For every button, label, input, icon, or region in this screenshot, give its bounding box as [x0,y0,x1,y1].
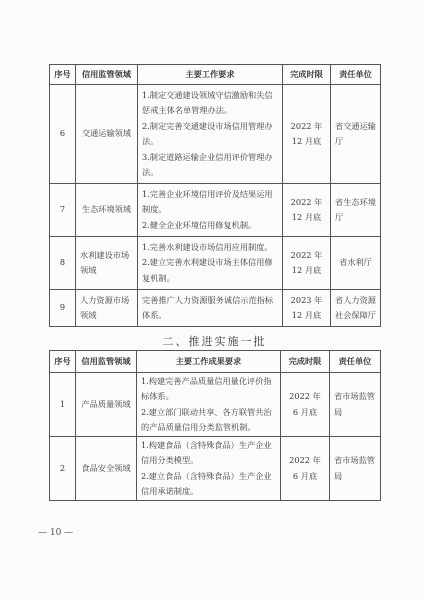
header-unit: 责任单位 [330,351,381,373]
deadline-month: 6 月底 [285,405,325,421]
row-requirements: 1.完善水利建设市场信用应用制度。 2.建立完善水利建设市场主体信用修复机制。 [138,237,283,290]
deadline-year: 2022 年 [285,389,325,405]
requirement-item: 2.建立部门联动共享、各方联管共治的产品质量信用分类监管机制。 [141,405,276,436]
requirement-item: 1.构建食品（含特殊食品）生产企业信用分类模型。 [141,438,276,469]
table-implement-batch: 序号 信用监管领域 主要工作成果要求 完成时限 责任单位 1 产品质量领域 1.… [49,350,381,501]
page-number: — 10 — [38,528,73,538]
row-no: 1 [50,373,76,437]
deadline-month: 12 月底 [287,263,326,279]
row-requirements: 1.构建完善产品质量信用量化评价指标体系。 2.建立部门联动共享、各方联管共治的… [137,373,281,437]
row-requirements: 1.构建食品（含特殊食品）生产企业信用分类模型。 2.建立食品（含特殊食品）生产… [137,437,281,501]
row-no: 9 [50,290,76,327]
row-field: 水利建设市场领域 [76,237,138,290]
row-unit: 省市场监管局 [330,373,381,437]
header-requirements: 主要工作要求 [138,65,283,85]
table-header-row: 序号 信用监管领域 主要工作成果要求 完成时限 责任单位 [50,351,381,373]
row-field: 产品质量领域 [76,373,137,437]
row-no: 6 [50,85,76,184]
row-requirements: 1.完善企业环境信用评价及结果运用制度。 2.健全企业环境信用修复机制。 [138,184,283,237]
row-no: 7 [50,184,76,237]
row-deadline: 2022 年 12 月底 [283,184,331,237]
header-unit: 责任单位 [331,65,381,85]
row-unit: 省生态环境厅 [331,184,381,237]
requirement-item: 1.完善企业环境信用评价及结果运用制度。 [142,187,278,218]
table-header-row: 序号 信用监管领域 主要工作要求 完成时限 责任单位 [50,65,381,85]
row-no: 2 [50,437,76,501]
table-row: 9 人力资源市场领域 完善推广人力资源服务诚信示范指标体系。 2023 年 12… [50,290,381,327]
header-deadline: 完成时限 [281,351,330,373]
row-field: 食品安全领域 [76,437,137,501]
row-unit: 省水利厅 [331,237,381,290]
deadline-month: 12 月底 [287,308,326,324]
deadline-year: 2022 年 [287,119,326,135]
requirement-item: 完善推广人力资源服务诚信示范指标体系。 [142,293,278,324]
table-key-tasks-continued: 序号 信用监管领域 主要工作要求 完成时限 责任单位 6 交通运输领域 1.制定… [49,64,381,327]
table-row: 2 食品安全领域 1.构建食品（含特殊食品）生产企业信用分类模型。 2.建立食品… [50,437,381,501]
header-no: 序号 [50,351,76,373]
header-requirements: 主要工作成果要求 [137,351,281,373]
requirement-item: 2.健全企业环境信用修复机制。 [142,218,278,234]
requirement-item: 1.制定交通建设领域守信激励和失信惩戒主体名单管理办法。 [142,88,278,119]
row-deadline: 2022 年 12 月底 [283,85,331,184]
requirement-item: 1.完善水利建设市场信用应用制度。 [142,240,278,256]
deadline-month: 12 月底 [287,210,326,226]
requirement-item: 1.构建完善产品质量信用量化评价指标体系。 [141,374,276,405]
section-heading: 二、推进实施一批 [49,333,380,349]
table-row: 1 产品质量领域 1.构建完善产品质量信用量化评价指标体系。 2.建立部门联动共… [50,373,381,437]
deadline-month: 6 月底 [285,469,325,485]
row-requirements: 完善推广人力资源服务诚信示范指标体系。 [138,290,283,327]
header-field: 信用监管领域 [76,351,137,373]
row-deadline: 2022 年 12 月底 [283,237,331,290]
deadline-year: 2022 年 [287,248,326,264]
header-deadline: 完成时限 [283,65,331,85]
header-no: 序号 [50,65,76,85]
row-deadline: 2022 年 6 月底 [281,373,330,437]
deadline-month: 12 月底 [287,134,326,150]
row-deadline: 2022 年 6 月底 [281,437,330,501]
table-row: 6 交通运输领域 1.制定交通建设领域守信激励和失信惩戒主体名单管理办法。 2.… [50,85,381,184]
row-deadline: 2023 年 12 月底 [283,290,331,327]
deadline-year: 2023 年 [287,293,326,309]
row-field: 生态环境领域 [76,184,138,237]
table-row: 8 水利建设市场领域 1.完善水利建设市场信用应用制度。 2.建立完善水利建设市… [50,237,381,290]
table-row: 7 生态环境领域 1.完善企业环境信用评价及结果运用制度。 2.健全企业环境信用… [50,184,381,237]
deadline-year: 2022 年 [287,195,326,211]
requirement-item: 2.制定完善交通建设市场信用管理办法。 [142,119,278,150]
row-unit: 省市场监管局 [330,437,381,501]
deadline-year: 2022 年 [285,453,325,469]
row-unit: 省人力资源社会保障厅 [331,290,381,327]
requirement-item: 2.建立完善水利建设市场主体信用修复机制。 [142,255,278,286]
row-field: 交通运输领域 [76,85,138,184]
row-no: 8 [50,237,76,290]
row-unit: 省交通运输厅 [331,85,381,184]
row-field: 人力资源市场领域 [76,290,138,327]
row-requirements: 1.制定交通建设领域守信激励和失信惩戒主体名单管理办法。 2.制定完善交通建设市… [138,85,283,184]
requirement-item: 3.制定道路运输企业信用评价管理办法。 [142,150,278,181]
header-field: 信用监管领域 [76,65,138,85]
requirement-item: 2.建立食品（含特殊食品）生产企业信用承诺制度。 [141,469,276,500]
